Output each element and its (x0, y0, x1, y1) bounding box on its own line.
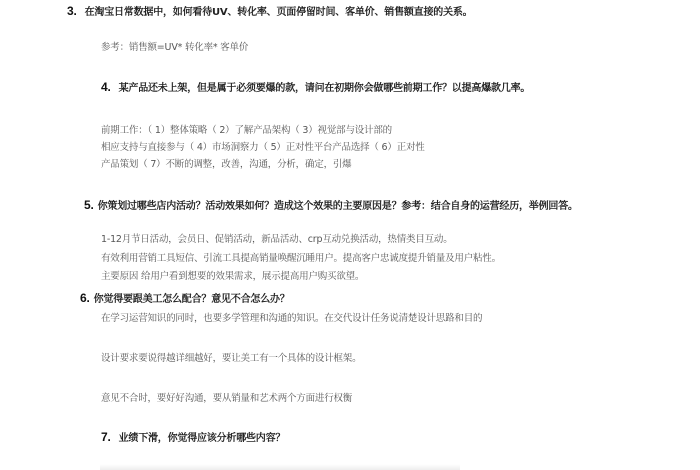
question-text: 在淘宝日常数据中，如何看待UV、转化率、页面停留时间、客单价、销售额直接的关系。 (85, 7, 473, 18)
answer-line: 在学习运营知识的同时，也要多学管理和沟通的知识。在交代设计任务说清楚设计思路和目… (101, 310, 482, 324)
question-text: 你策划过哪些店内活动？活动效果如何？造成这个效果的主要原因是？参考：结合自身的运… (98, 201, 578, 212)
answer-line: 1-12月节日活动，会员日、促销活动，新品活动、crp互动兑换活动，热情类目互动… (101, 231, 453, 245)
cropped-text-line (100, 464, 460, 470)
question-7-heading: 7.业绩下滑，你觉得应该分析哪些内容？ (101, 429, 285, 444)
answer-line: 前期工作：（ 1）整体策略（ 2）了解产品架构（ 3）视觉部与设计部的 (101, 122, 392, 136)
question-text: 某产品还未上架，但是属于必须要爆的款，请问在初期你会做哪些前期工作？以提高爆款几… (119, 83, 531, 94)
question-text: 业绩下滑，你觉得应该分析哪些内容？ (119, 433, 286, 444)
answer-line: 相应支持与直接参与（ 4）市场洞察力（ 5）正对性平台产品选择（ 6）正对性 (101, 139, 425, 153)
question-3-heading: 3.在淘宝日常数据中，如何看待UV、转化率、页面停留时间、客单价、销售额直接的关… (67, 3, 472, 18)
question-number: 5. (84, 198, 94, 212)
answer-line: 主要原因 给用户看到想要的效果需求，展示提高用户购买欲望。 (101, 268, 364, 282)
question-number: 6. (80, 291, 90, 305)
question-number: 3. (67, 4, 77, 18)
question-6-heading: 6.你觉得要跟美工怎么配合？意见不合怎么办？ (80, 290, 290, 305)
answer-line: 参考：销售额=UV* 转化率* 客单价 (101, 39, 248, 53)
question-5-heading: 5.你策划过哪些店内活动？活动效果如何？造成这个效果的主要原因是？参考：结合自身… (84, 197, 578, 212)
answer-line: 意见不合时，要好好沟通，要从销量和艺术两个方面进行权衡 (101, 390, 352, 404)
answer-line: 设计要求要说得越详细越好，要让美工有一个具体的设计框架。 (101, 350, 361, 364)
question-number: 7. (101, 430, 111, 444)
question-text: 你觉得要跟美工怎么配合？意见不合怎么办？ (94, 294, 290, 305)
answer-line: 产品策划（ 7）不断的调整，改善，沟通，分析，确定，引爆 (101, 156, 351, 170)
question-4-heading: 4.某产品还未上架，但是属于必须要爆的款，请问在初期你会做哪些前期工作？以提高爆… (101, 79, 530, 94)
question-number: 4. (101, 80, 111, 94)
answer-line: 有效利用营销工具短信、引流工具提高销量唤醒沉睡用户。提高客户忠诚度提升销量及用户… (101, 250, 501, 264)
